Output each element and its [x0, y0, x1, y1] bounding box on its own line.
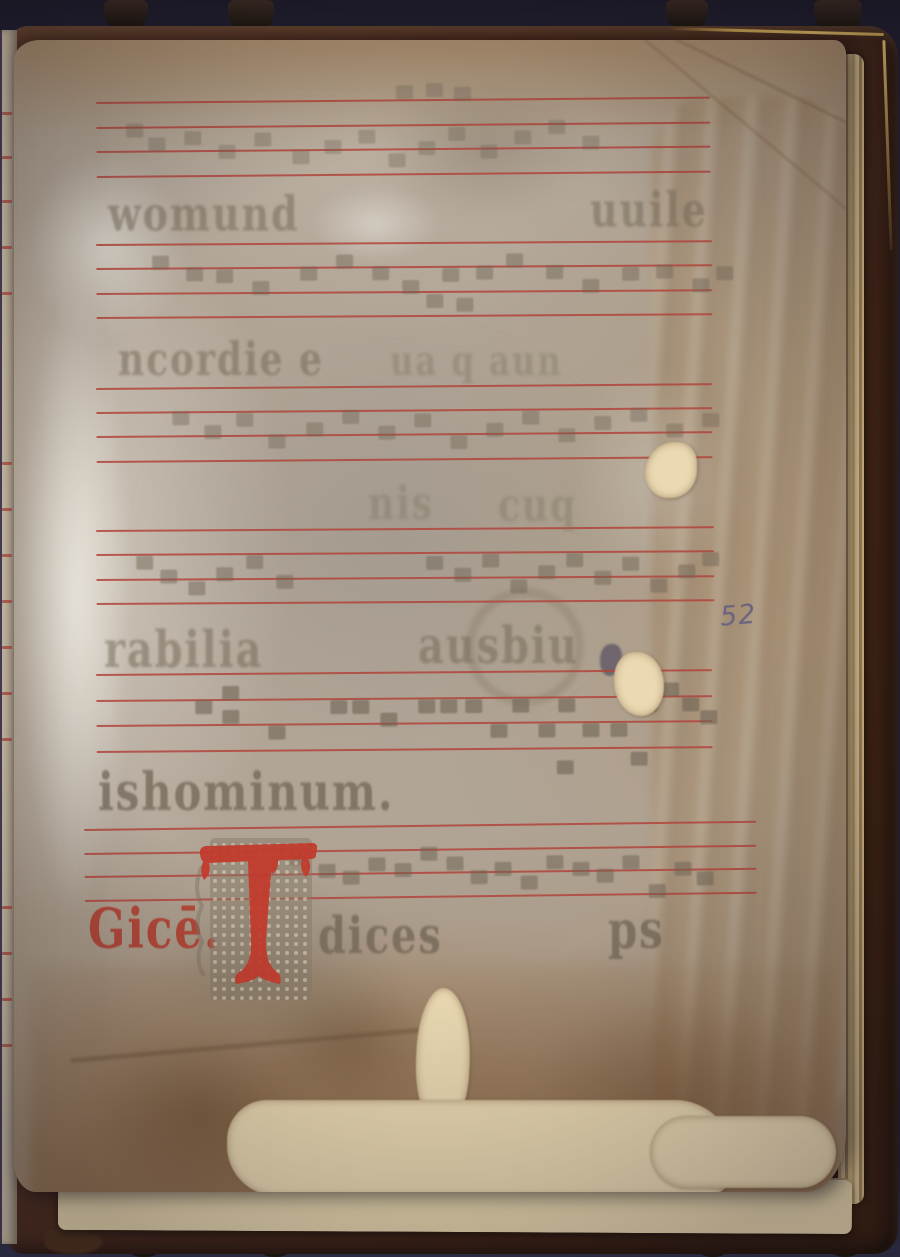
tear-hole — [614, 652, 664, 716]
tear-hole — [645, 442, 697, 498]
manuscript-word: ps — [608, 900, 665, 961]
staff-line-tick — [2, 156, 12, 159]
staff-line-tick — [2, 906, 12, 909]
manuscript-word: rabilia — [104, 620, 263, 679]
manuscript-word: ishominum. — [98, 762, 394, 823]
illuminated-initial-T — [184, 832, 320, 1010]
staff-line-tick — [2, 646, 12, 649]
staff-line-tick — [2, 600, 12, 603]
staff-line-tick — [2, 554, 12, 557]
leather-fringe — [44, 1228, 102, 1254]
staff-line-tick — [2, 292, 12, 295]
staff-line-tick — [2, 200, 12, 203]
staff-line-tick — [2, 692, 12, 695]
staff-line-tick — [2, 738, 12, 741]
folio-number: 52 — [719, 598, 758, 632]
manuscript-word: dices — [318, 906, 443, 965]
manuscript-word: ncordie e — [118, 332, 324, 386]
manuscript-word: womund — [108, 186, 299, 242]
staff-line-tick — [2, 508, 12, 511]
manuscript-word: uuile — [590, 182, 708, 238]
manuscript-word: ausbiu — [418, 616, 579, 675]
parchment-folio: womunduuilencordie eua q aunniscuqrabili… — [14, 40, 846, 1192]
manuscript-photo: womunduuilencordie eua q aunniscuqrabili… — [0, 0, 900, 1257]
staff-line-tick — [2, 462, 12, 465]
staff-line-tick — [2, 1044, 12, 1047]
manuscript-word: nis — [368, 476, 434, 530]
staff-line-tick — [2, 246, 12, 249]
staff-line-tick — [2, 952, 12, 955]
staff-line-tick — [2, 112, 12, 115]
staff-line-tick — [2, 998, 12, 1001]
manuscript-word: cuq — [498, 478, 577, 532]
tear-hole — [650, 1116, 836, 1188]
manuscript-word: ua q aun — [390, 338, 563, 386]
